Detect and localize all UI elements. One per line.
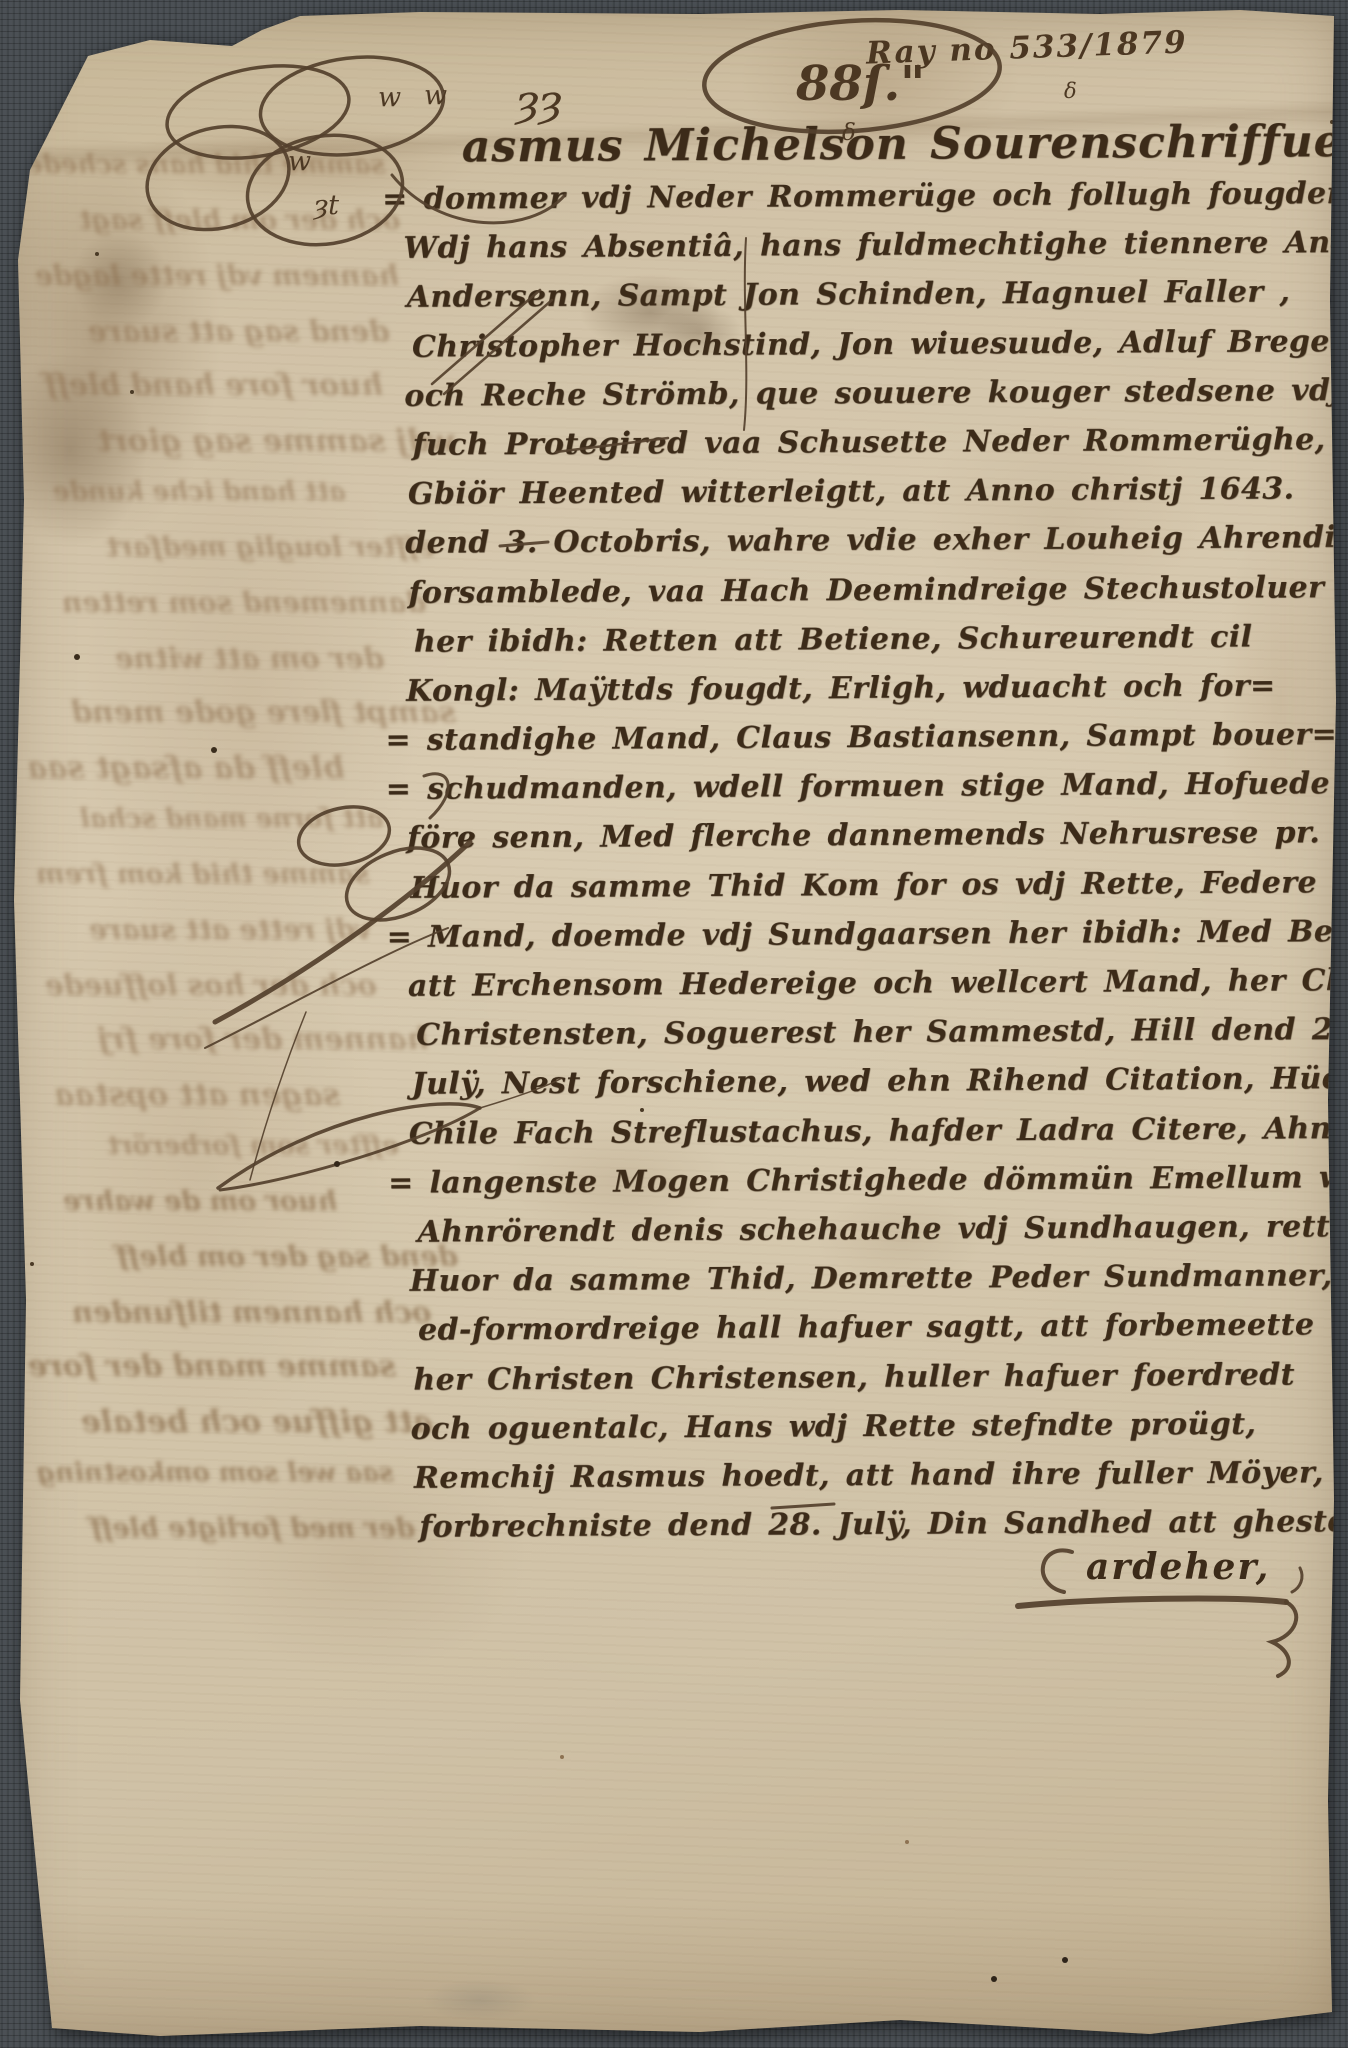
text-line: Chile Fach Streflustachus, hafder Ladra … bbox=[409, 1104, 1327, 1159]
paper-wrap: samme thid hans schedeoch der om bleff s… bbox=[0, 0, 1348, 2048]
bleedthrough-line: effter som forberört bbox=[107, 1131, 399, 1161]
text-line: Christensten, Soguerest her Sammestd, Hi… bbox=[416, 1005, 1326, 1060]
bleedthrough-line: sagen att opstaa bbox=[54, 1077, 340, 1113]
text-line: = dommer vdj Neder Rommerüge och follugh… bbox=[382, 169, 1321, 224]
text-line: = standighe Mand, Claus Bastiansenn, Sam… bbox=[385, 710, 1324, 765]
text-line: her Christen Christensen, huller hafuer … bbox=[413, 1350, 1328, 1405]
text-line: Ahnrörendt denis schehauche vdj Sundhaug… bbox=[417, 1202, 1327, 1257]
text-line: = schudmanden, wdell formuen stige Mand,… bbox=[386, 759, 1325, 814]
text-line: = Mand, doemde vdj Sundgaarsen her ibidh… bbox=[386, 907, 1325, 962]
bleedthrough-line: samme thid kom frem bbox=[36, 859, 369, 890]
bleedthrough-line: dend sag der om bleff bbox=[116, 1240, 457, 1273]
text-line: forbrechniste dend 28. Julÿ, Din Sandhed… bbox=[419, 1497, 1329, 1552]
text-line: Huor da samme Thid, Demrette Peder Sundm… bbox=[410, 1251, 1328, 1306]
signature-underline bbox=[1018, 1599, 1286, 1606]
archival-number: Ray no 533/1879 bbox=[865, 24, 1188, 71]
bleedthrough-line: vdj rette att suare bbox=[89, 913, 371, 946]
text-line: Kongl: Maÿttds fougdt, Erligh, wduacht o… bbox=[406, 661, 1324, 716]
bleedthrough-line: och hannem tilfunden bbox=[72, 1295, 431, 1329]
signature-cap-loop bbox=[1043, 1550, 1072, 1592]
bleedthrough-line: samme mand der fore bbox=[28, 1349, 396, 1384]
bleedthrough-line: samme thid hans schede bbox=[26, 150, 385, 180]
text-line: Julÿ, Nest forschiene, wed ehn Rihend Ci… bbox=[411, 1055, 1326, 1110]
bleedthrough-line: dannemend som retten bbox=[62, 586, 426, 619]
bleedthrough-line: hannem vdj rette lagde bbox=[35, 259, 399, 292]
signature-comma bbox=[1292, 1568, 1302, 1592]
bleedthrough-line: wdj samme sag giort bbox=[97, 423, 456, 459]
corner-mark: w bbox=[378, 82, 401, 113]
text-line: Remchij Rasmus hoedt, att hand ihre full… bbox=[414, 1448, 1329, 1503]
scan-background: samme thid hans schedeoch der om bleff s… bbox=[0, 0, 1348, 2048]
small-mark: δ bbox=[1064, 79, 1077, 103]
manuscript-text: asmus Michelson Sourenschriffuer och Thi… bbox=[406, 115, 1330, 1552]
text-line: Andersenn, Sampt Jon Schinden, Hagnuel F… bbox=[407, 268, 1322, 323]
ink-specks bbox=[0, 0, 4, 4]
bleedthrough-line: saa wel som omkostning bbox=[37, 1458, 394, 1488]
text-line: Huor da samme Thid Kom for os vdj Rette,… bbox=[410, 858, 1325, 913]
bleedthrough-line: der med forligte bleff bbox=[90, 1513, 415, 1544]
corner-mark: ȝt bbox=[312, 190, 339, 221]
text-line: före senn, Med flerche dannemends Nehrus… bbox=[407, 809, 1325, 864]
bleedthrough-line: huor fore hand bleff bbox=[44, 368, 383, 403]
heading-line: asmus Michelson Sourenschriffuer och Thi… bbox=[462, 115, 1321, 174]
bleedthrough-line: att hand iche kunde bbox=[53, 477, 346, 507]
bleedthrough-line: och der hos loffuede bbox=[45, 968, 377, 1002]
signature-hook bbox=[1272, 1602, 1296, 1676]
flourish-loop bbox=[136, 112, 300, 244]
text-line: ed-formordreige hall hafuer sagtt, att f… bbox=[418, 1301, 1328, 1356]
text-line: Wdj hans Absentiâ, hans fuldmechtighe ti… bbox=[403, 218, 1321, 273]
corner-mark: w bbox=[424, 80, 447, 111]
flourish-tail bbox=[250, 1012, 306, 1180]
bleedthrough-line: der om att witne bbox=[115, 641, 384, 675]
corner-mark: w bbox=[288, 146, 311, 177]
bleedthrough-text: samme thid hans schedeoch der om bleff s… bbox=[26, 150, 456, 1570]
bleedthrough-line: bleff da afsagt saa bbox=[27, 750, 345, 786]
text-line: her ibidh: Retten att Betiene, Schureure… bbox=[414, 612, 1324, 667]
text-line: att Erchensom Hedereige och wellcert Man… bbox=[408, 956, 1326, 1011]
signature: ardeher, bbox=[1086, 1546, 1270, 1588]
bleedthrough-line: att giffue och betale bbox=[81, 1404, 433, 1440]
bleedthrough-line: effter louglig medfart bbox=[106, 532, 435, 563]
text-line: fuch Protegired vaa Schusette Neder Romm… bbox=[412, 415, 1322, 470]
bleedthrough-line: hannem der fore frj bbox=[98, 1022, 428, 1057]
text-line: forsamblede, vaa Hach Deemindreige Stech… bbox=[408, 563, 1323, 618]
rust-stain bbox=[1195, 1895, 1215, 1923]
text-line: Christopher Hochstind, Jon wiuesuude, Ad… bbox=[412, 317, 1322, 372]
text-line: = langenste Mogen Christighede dömmün Em… bbox=[388, 1153, 1327, 1208]
flourish-loop bbox=[293, 799, 395, 873]
bleedthrough-line: att forne mand schal bbox=[80, 804, 383, 834]
text-line: dend 3. Octobris, wahre vdie exher Louhe… bbox=[405, 514, 1323, 569]
text-line: och Reche Strömb, que souuere kouger ste… bbox=[404, 366, 1322, 421]
bleedthrough-line: och der om bleff sagt bbox=[79, 205, 400, 236]
bleedthrough-line: dend sag att suare bbox=[88, 314, 389, 348]
bleedthrough-line: huor om de wahre bbox=[63, 1186, 337, 1217]
text-line: och oguentalc, Hans wdj Rette stefndte p… bbox=[410, 1399, 1328, 1454]
manuscript-page: samme thid hans schedeoch der om bleff s… bbox=[0, 0, 1348, 2048]
flourish-loop bbox=[160, 53, 356, 172]
text-line: Gbiör Heented witterleigtt, att Anno chr… bbox=[408, 464, 1323, 519]
